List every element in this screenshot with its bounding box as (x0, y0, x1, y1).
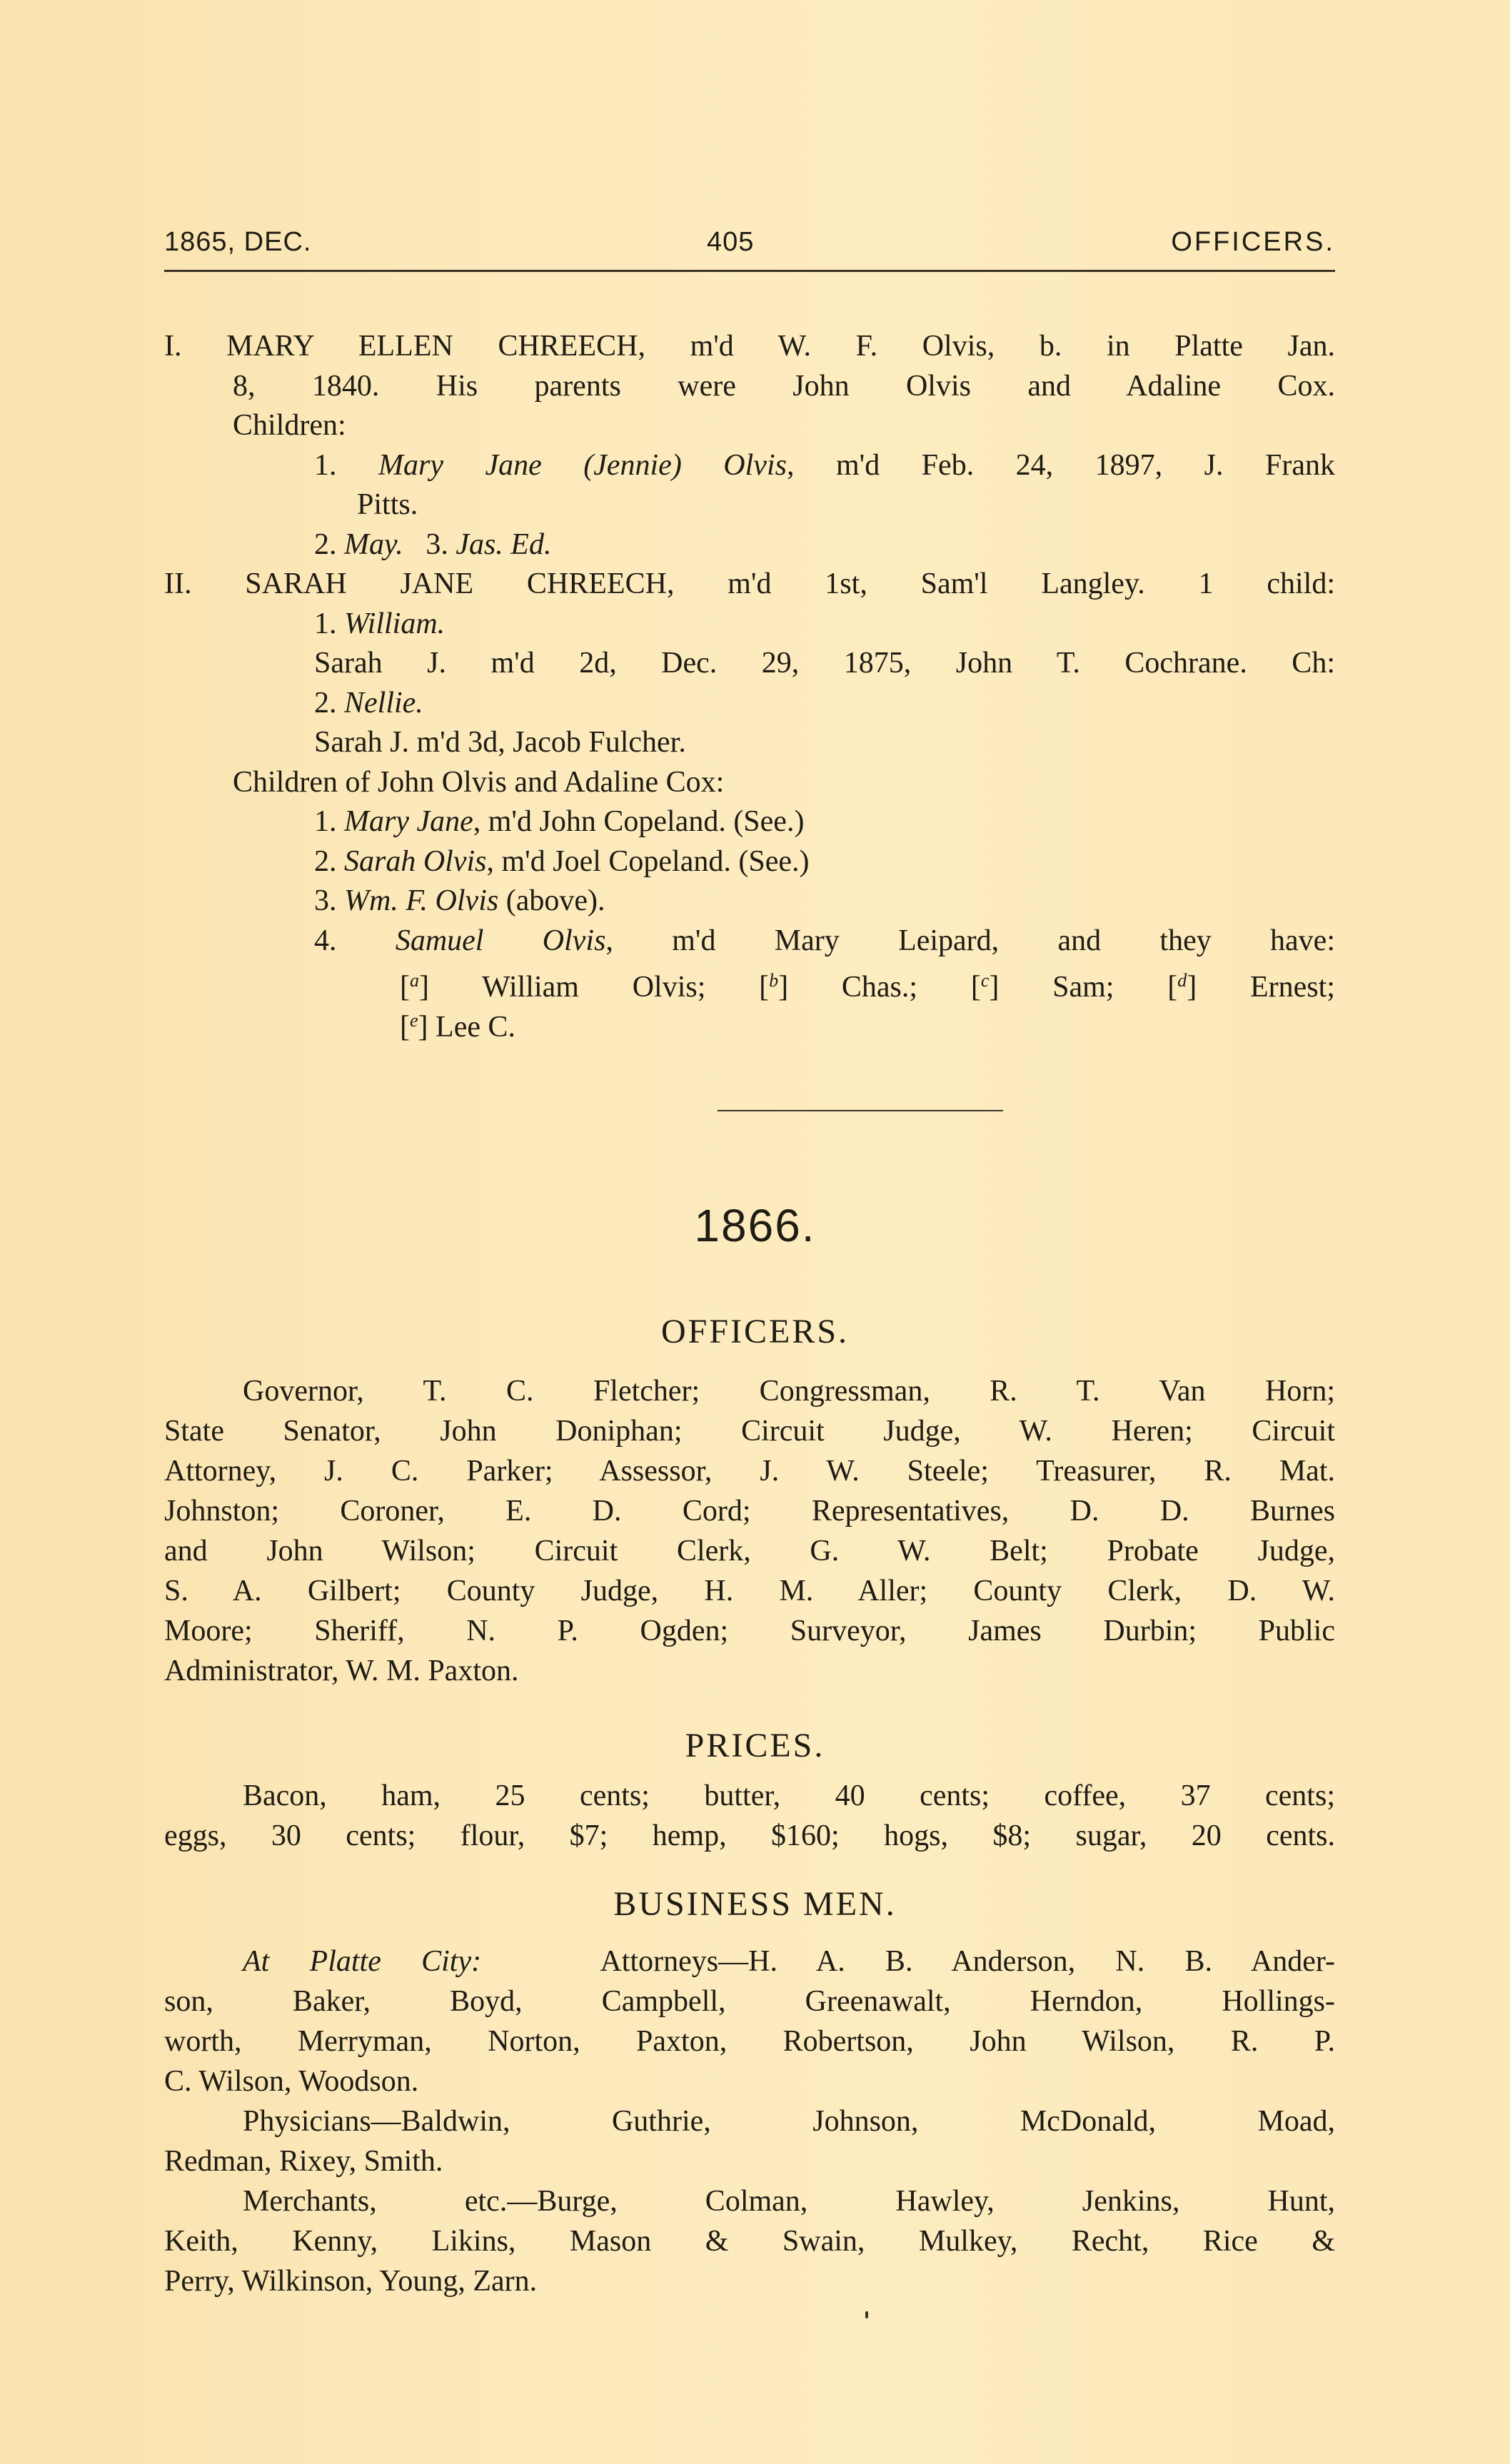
running-head-section: OFFICERS. (1171, 227, 1335, 258)
year-heading: 1866. (0, 1199, 1510, 1252)
genealogy-child: 1. William. (164, 605, 1335, 645)
genealogy-line: Children: (164, 406, 1335, 446)
grandchildren-line: [e] Lee C. (164, 1001, 1335, 1041)
book-page: 1865, DEC. 405 OFFICERS. I. MARY ELLEN C… (0, 0, 1510, 2464)
genealogy-line: II. SARAH JANE CHREECH, m'd 1st, Sam'l L… (164, 565, 1335, 605)
genealogy-child: 1. Mary Jane (Jennie) Olvis, m'd Feb. 24… (164, 446, 1335, 486)
prices-heading: PRICES. (0, 1726, 1510, 1765)
location-label: At Platte City: (243, 1945, 481, 1978)
running-head-date: 1865, DEC. (164, 227, 311, 258)
officers-paragraph: Governor, T. C. Fletcher; Congressman, R… (164, 1371, 1335, 1691)
running-head: 1865, DEC. 405 OFFICERS. (164, 227, 1335, 263)
child-name: Nellie. (344, 687, 423, 719)
genealogy-child: 1. Mary Jane, m'd John Copeland. (See.) (164, 802, 1335, 842)
business-men-paragraph: At Platte City: Attorneys—H. A. B. Ander… (164, 1942, 1335, 2301)
child-name: May. (344, 528, 403, 561)
child-name: Jas. Ed. (455, 528, 551, 561)
officers-heading: OFFICERS. (0, 1312, 1510, 1351)
genealogy-child: 2. May. 3. Jas. Ed. (164, 525, 1335, 565)
child-name: Mary Jane (344, 805, 473, 838)
genealogy-line: Children of John Olvis and Adaline Cox: (164, 763, 1335, 803)
genealogy-line: 8, 1840. His parents were John Olvis and… (164, 367, 1335, 407)
child-name: William. (344, 607, 445, 640)
header-rule (164, 270, 1335, 272)
child-name: Samuel Olvis (396, 924, 606, 957)
section-divider (718, 1110, 1003, 1111)
grandchildren-line: [a] William Olvis; [b] Chas.; [c] Sam; [… (164, 961, 1335, 1001)
child-name: Mary Jane (Jennie) Olvis (378, 449, 787, 482)
prices-paragraph: Bacon, ham, 25 cents; butter, 40 cents; … (164, 1776, 1335, 1856)
business-men-heading: BUSINESS MEN. (0, 1884, 1510, 1924)
genealogy-line: Sarah J. m'd 3d, Jacob Fulcher. (164, 723, 1335, 763)
child-name: Wm. F. Olvis (344, 884, 498, 917)
genealogy-child: 2. Nellie. (164, 684, 1335, 724)
genealogy-section: I. MARY ELLEN CHREECH, m'd W. F. Olvis, … (164, 327, 1335, 1040)
genealogy-line: Pitts. (164, 485, 1335, 525)
genealogy-child: 3. Wm. F. Olvis (above). (164, 882, 1335, 922)
page-number: 405 (707, 227, 754, 258)
genealogy-line: Sarah J. m'd 2d, Dec. 29, 1875, John T. … (164, 644, 1335, 684)
ink-speck (865, 2311, 868, 2318)
genealogy-line: I. MARY ELLEN CHREECH, m'd W. F. Olvis, … (164, 327, 1335, 367)
genealogy-child: 4. Samuel Olvis, m'd Mary Leipard, and t… (164, 922, 1335, 961)
genealogy-child: 2. Sarah Olvis, m'd Joel Copeland. (See.… (164, 842, 1335, 882)
child-name: Sarah Olvis (344, 845, 487, 878)
